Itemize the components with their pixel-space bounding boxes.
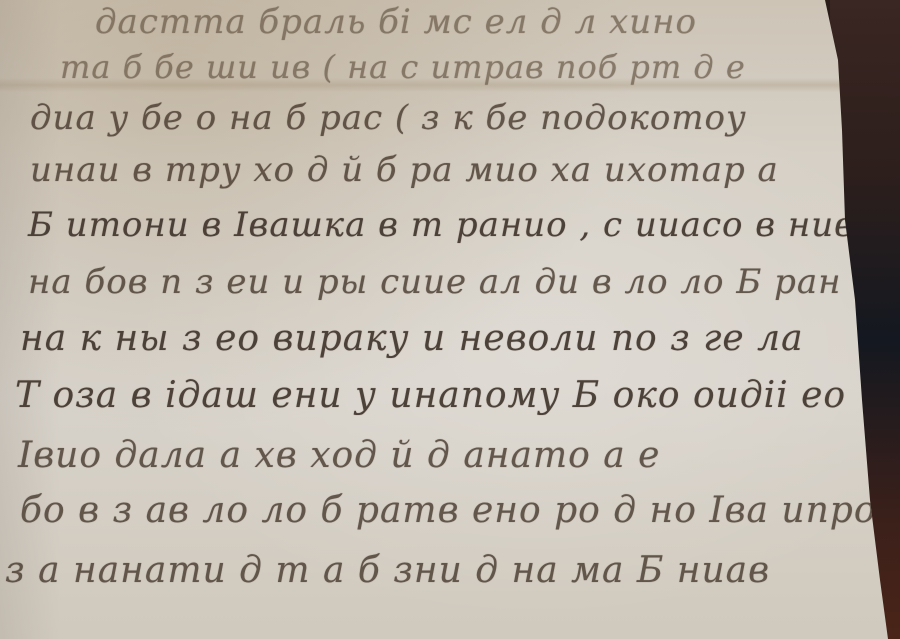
handwriting-lines: дастта браль бі мс ел д л хино та б бе ш… <box>0 0 900 639</box>
manuscript-line-10: бо в з ав ло ло б ратв ено ро д но Іва и… <box>20 490 877 531</box>
manuscript-line-9: Івио дала а хв ход й д анато а е <box>18 435 660 476</box>
manuscript-line-8: Т оза в ідаш ени у инапому Б око оидіі е… <box>15 375 846 416</box>
manuscript-line-7: на к ны з ео вираку и неволи по з ге ла <box>20 318 804 359</box>
manuscript-line-4: инаи в тру хо д й б ра мио ха ихотар а <box>30 150 779 190</box>
manuscript-line-11: з а нанати д т а б зни д на ма Б ниав <box>5 550 770 591</box>
manuscript-line-3: диа у бе о на б рас ( з к бе подокотоу <box>30 98 747 138</box>
manuscript-photo: дастта браль бі мс ел д л хино та б бе ш… <box>0 0 900 639</box>
manuscript-line-1: дастта браль бі мс ел д л хино <box>95 2 697 42</box>
manuscript-line-2: та б бе ши ив ( на с итрав поб рт д е <box>60 48 746 86</box>
paper-sheet: дастта браль бі мс ел д л хино та б бе ш… <box>0 0 900 639</box>
manuscript-line-5: Б итони в Івашка в т ранио , с ииасо в н… <box>28 205 876 245</box>
manuscript-line-6: на бов п з еи и ры сиие ал ди в ло ло Б … <box>28 262 842 302</box>
